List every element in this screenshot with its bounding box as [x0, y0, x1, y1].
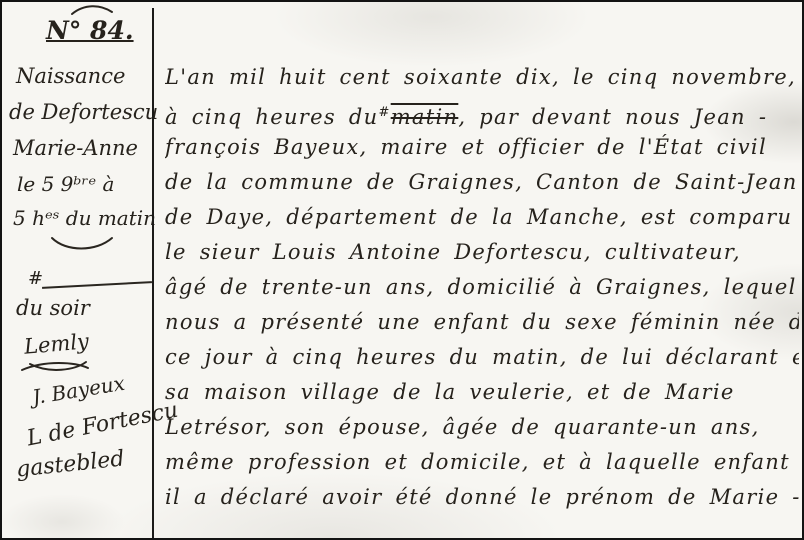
top-edge-stroke [70, 2, 114, 16]
margin-date-line1: le 5 9ᵇʳᵉ à [17, 172, 114, 196]
signature-flourish-stroke [20, 360, 90, 374]
act-line-2-before: à cinq heures du [165, 105, 378, 129]
act-line-13: il a déclaré avoir été donné le prénom d… [165, 480, 799, 515]
act-line-2-after: , par devant nous Jean - [458, 105, 767, 129]
act-line-9: ce jour à cinq heures du matin, de lui d… [165, 340, 799, 375]
child-surname-line: de Defortescu [9, 100, 158, 124]
act-line-2: à cinq heures du#matin, par devant nous … [165, 95, 799, 130]
margin-correction-text: du soir [16, 296, 90, 320]
correction-reference-mark: # [378, 105, 390, 120]
signature-witness-2: gastebled [15, 446, 126, 482]
margin-correction-mark: # [28, 268, 43, 289]
struck-word-matin: matin [391, 105, 459, 129]
entry-number: N° 84. [46, 16, 134, 45]
act-line-8: nous a présenté une enfant du sexe fémin… [165, 305, 799, 340]
margin-divider-line [152, 8, 154, 538]
signature-mayor: J. Bayeux [31, 371, 127, 409]
act-line-6: le sieur Louis Antoine Defortescu, culti… [165, 235, 799, 270]
record-type-label: Naissance [16, 64, 125, 88]
margin-date-line2: 5 hᵉˢ du matin [13, 206, 156, 230]
act-line-7: âgé de trente-un ans, domicilié à Graign… [165, 270, 799, 305]
signature-witness-1: Lemly [23, 329, 90, 359]
document-scan: N° 84. Naissance de Defortescu Marie-Ann… [0, 0, 804, 540]
act-line-4: de la commune de Graignes, Canton de Sai… [165, 165, 799, 200]
act-line-10: sa maison village de la veulerie, et de … [165, 375, 799, 410]
margin-swash-stroke [50, 234, 114, 252]
act-line-5: de Daye, département de la Manche, est c… [165, 200, 799, 235]
child-givenname-line: Marie-Anne [13, 136, 138, 160]
act-line-11: Letrésor, son épouse, âgée de quarante-u… [165, 410, 799, 445]
margin-correction-rule [42, 281, 152, 289]
act-text: L'an mil huit cent soixante dix, le cinq… [165, 60, 799, 515]
act-line-3: françois Bayeux, maire et officier de l'… [165, 130, 799, 165]
act-line-1: L'an mil huit cent soixante dix, le cinq… [165, 60, 799, 95]
act-line-12: même profession et domicile, et à laquel… [165, 445, 799, 480]
